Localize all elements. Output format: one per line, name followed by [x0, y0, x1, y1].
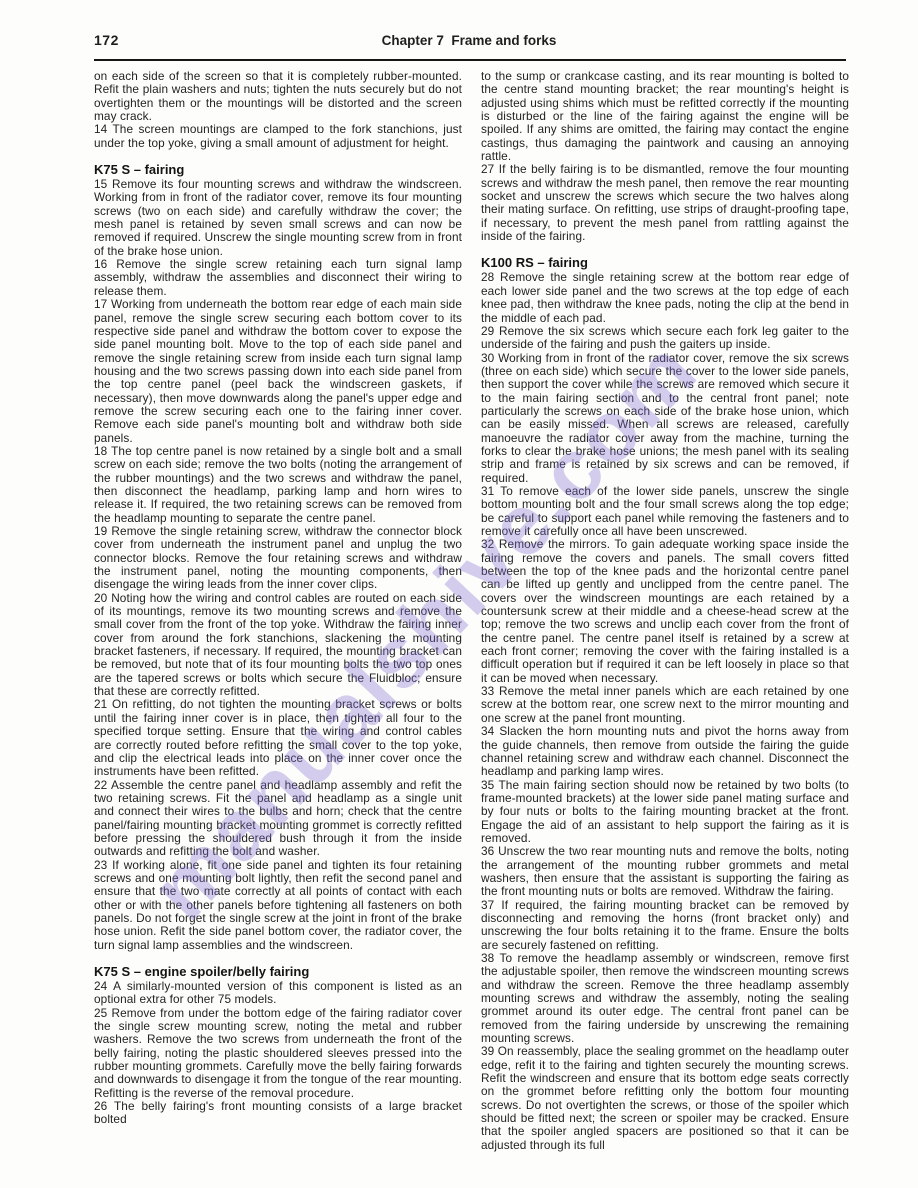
section-heading: K75 S – fairing	[94, 163, 462, 177]
paragraph: on each side of the screen so that it is…	[94, 70, 462, 123]
paragraph: 33 Remove the metal inner panels which a…	[481, 685, 849, 725]
paragraph: 37 If required, the fairing mounting bra…	[481, 899, 849, 952]
paragraph: 30 Working from in front of the radiator…	[481, 352, 849, 485]
paragraph: 39 On reassembly, place the sealing grom…	[481, 1045, 849, 1152]
chapter-title: Chapter 7 Frame and forks	[94, 33, 844, 48]
paragraph: 29 Remove the six screws which secure ea…	[481, 325, 849, 352]
section-heading: K100 RS – fairing	[481, 256, 849, 270]
paragraph: 34 Slacken the horn mounting nuts and pi…	[481, 725, 849, 778]
paragraph: 16 Remove the single screw retaining eac…	[94, 258, 462, 298]
page-header: 172 Chapter 7 Frame and forks	[94, 32, 844, 52]
paragraph: 35 The main fairing section should now b…	[481, 779, 849, 846]
section-heading: K75 S – engine spoiler/belly fairing	[94, 965, 462, 979]
paragraph: 26 The belly fairing's front mounting co…	[94, 1100, 462, 1127]
right-column: to the sump or crankcase casting, and it…	[481, 70, 849, 1152]
paragraph: 21 On refitting, do not tighten the moun…	[94, 698, 462, 778]
manual-page: manualshive.com 172 Chapter 7 Frame and …	[0, 0, 918, 1188]
paragraph: 24 A similarly-mounted version of this c…	[94, 980, 462, 1007]
paragraph: 32 Remove the mirrors. To gain adequate …	[481, 538, 849, 685]
content-columns: on each side of the screen so that it is…	[94, 70, 845, 1152]
paragraph: 18 The top centre panel is now retained …	[94, 445, 462, 525]
paragraph: 27 If the belly fairing is to be dismant…	[481, 163, 849, 243]
paragraph: 15 Remove its four mounting screws and w…	[94, 178, 462, 258]
paragraph: 19 Remove the single retaining screw, wi…	[94, 525, 462, 592]
paragraph: 38 To remove the headlamp assembly or wi…	[481, 952, 849, 1045]
paragraph: 25 Remove from under the bottom edge of …	[94, 1007, 462, 1100]
header-rule	[94, 59, 846, 61]
paragraph: 36 Unscrew the two rear mounting nuts an…	[481, 845, 849, 898]
paragraph: 28 Remove the single retaining screw at …	[481, 271, 849, 324]
left-column: on each side of the screen so that it is…	[94, 70, 462, 1152]
paragraph: to the sump or crankcase casting, and it…	[481, 70, 849, 163]
paragraph: 22 Assemble the centre panel and headlam…	[94, 779, 462, 859]
paragraph: 14 The screen mountings are clamped to t…	[94, 123, 462, 150]
paragraph: 23 If working alone, fit one side panel …	[94, 859, 462, 952]
paragraph: 20 Noting how the wiring and control cab…	[94, 592, 462, 699]
paragraph: 31 To remove each of the lower side pane…	[481, 485, 849, 538]
paragraph: 17 Working from underneath the bottom re…	[94, 298, 462, 445]
